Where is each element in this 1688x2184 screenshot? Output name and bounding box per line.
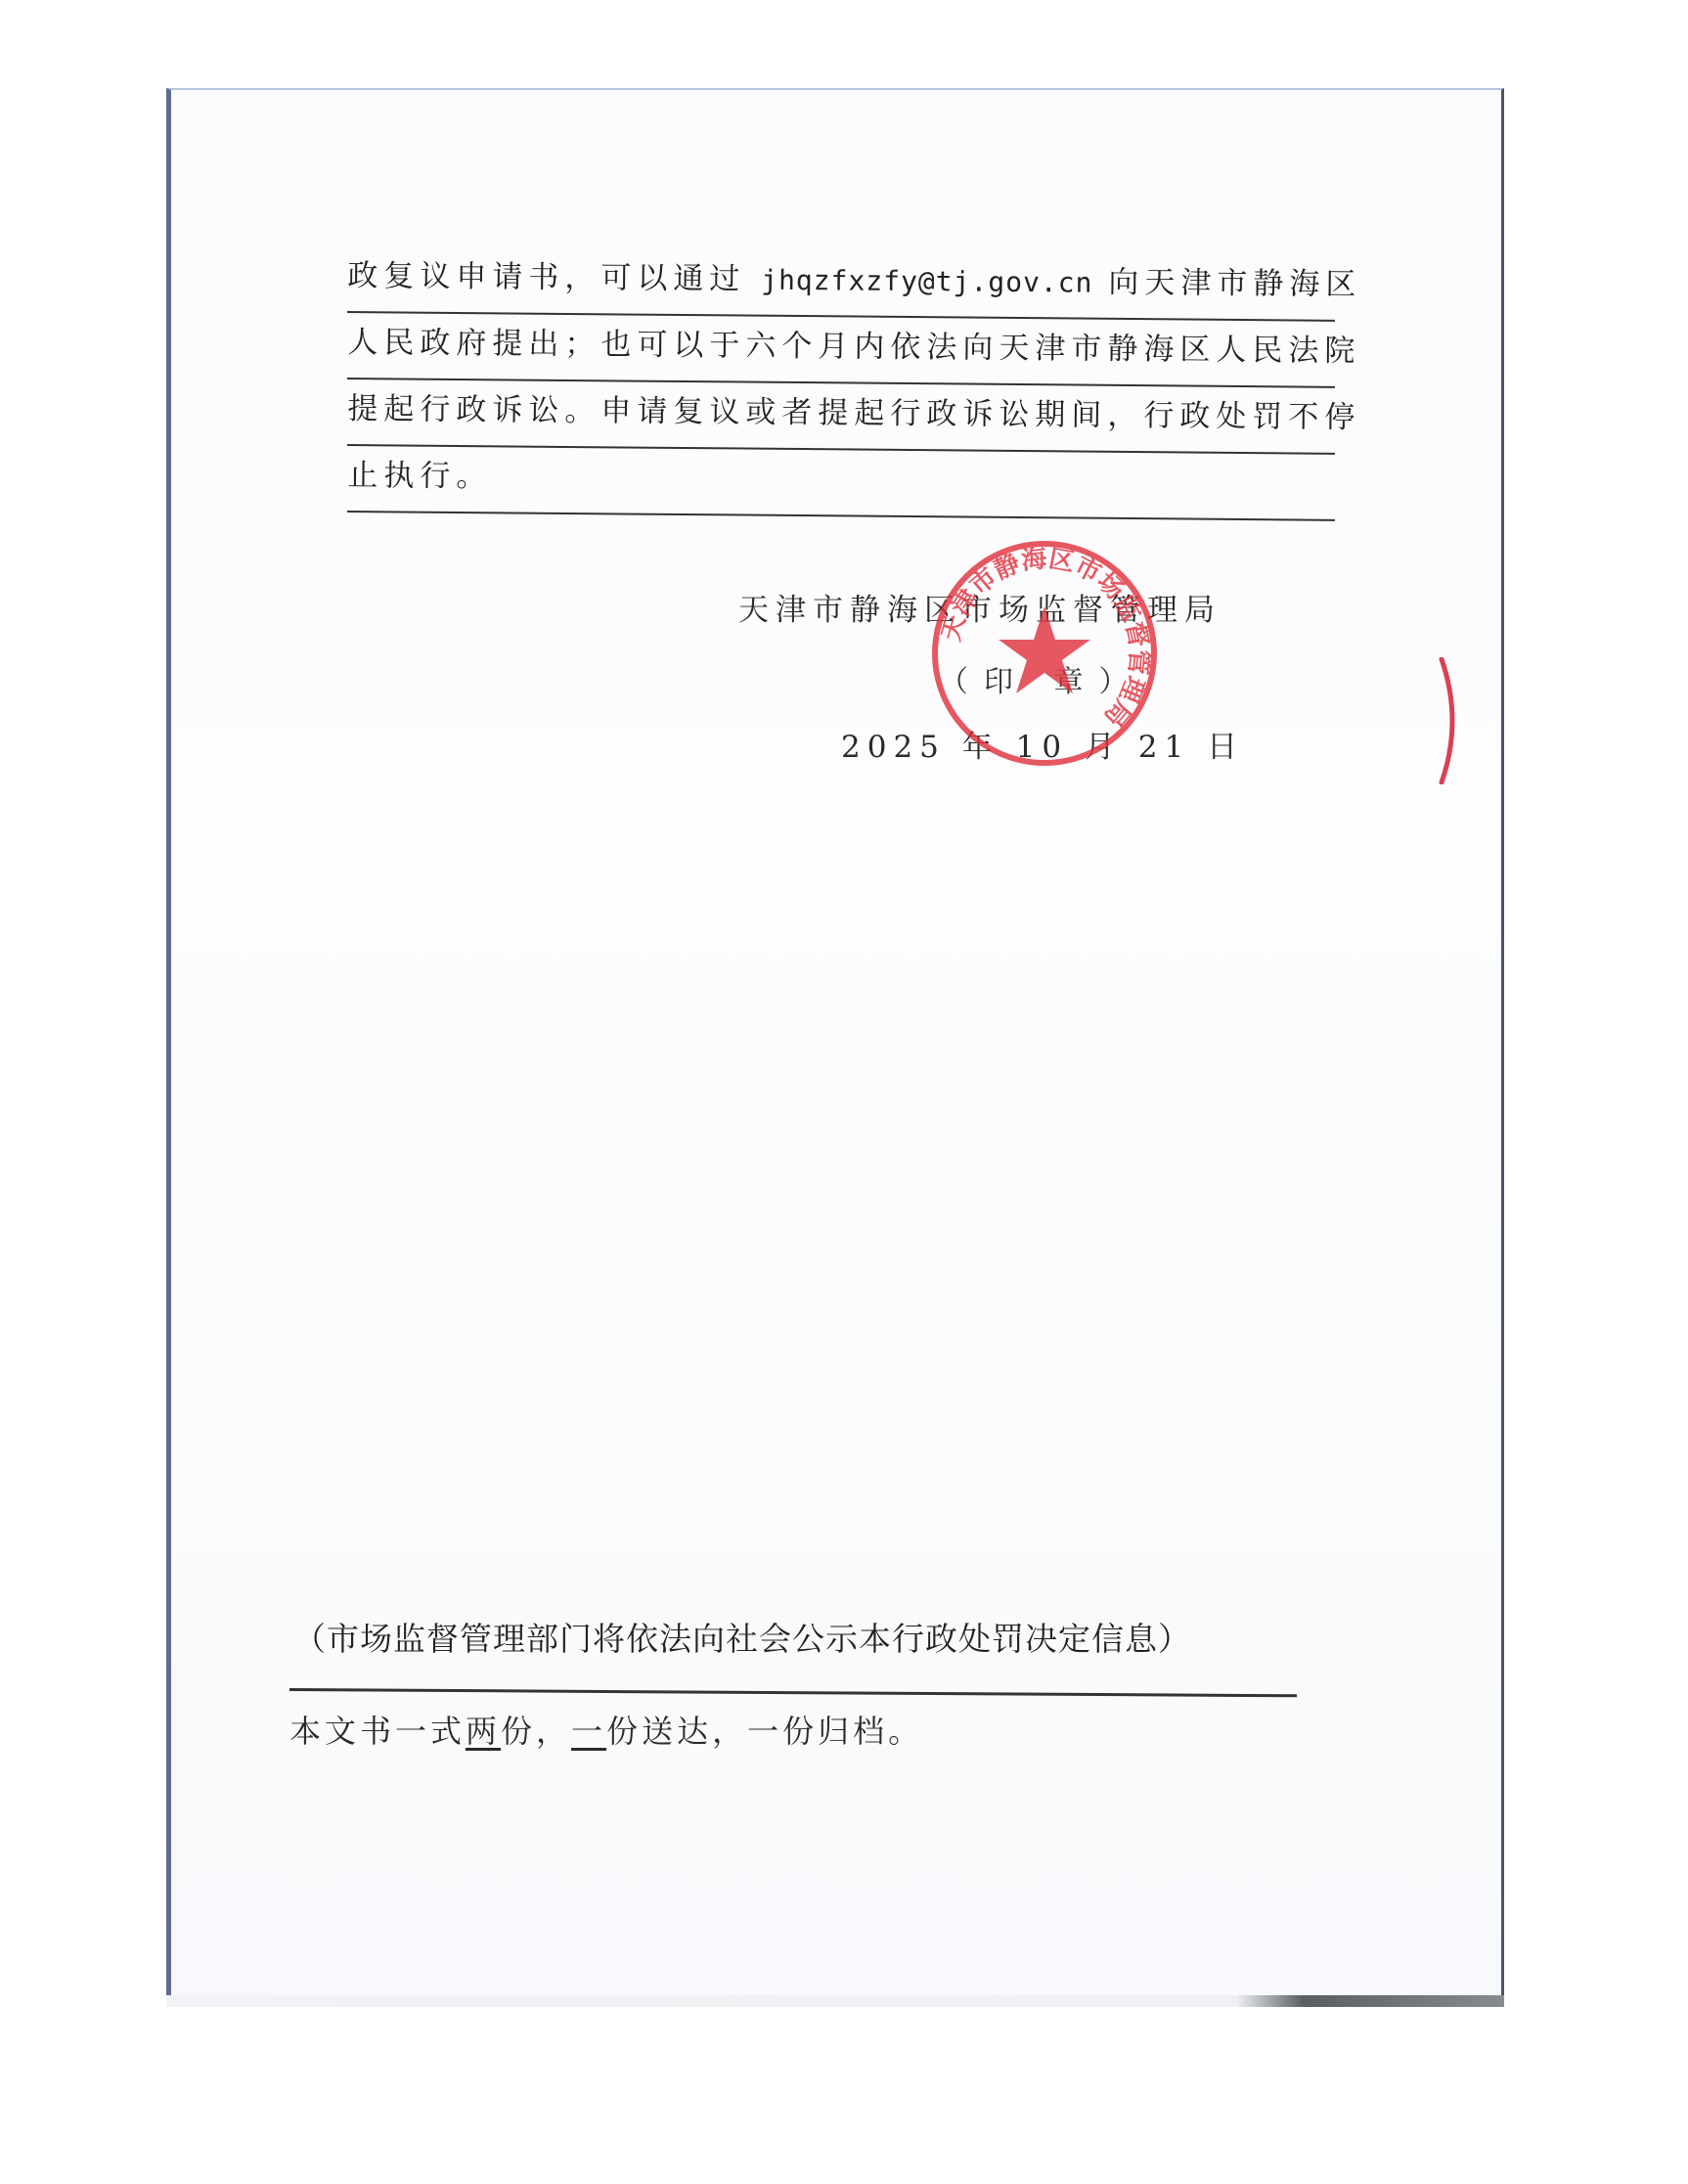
paragraph-line-4: 止执行。 bbox=[347, 446, 1336, 521]
appeal-paragraph: 政复议申请书，可以通过 jhqzfxzfy@tj.gov.cn 向天津市静海区 … bbox=[347, 246, 1335, 513]
paragraph-line-3: 提起行政诉讼。申请复议或者提起行政诉讼期间，行政处罚不停 bbox=[347, 379, 1336, 455]
issuer-name: 天津市静海区市场监督管理局 bbox=[738, 585, 1222, 629]
paragraph-line-2: 人民政府提出；也可以于六个月内依法向天津市静海区人民法院 bbox=[347, 313, 1336, 388]
seal-label: （印 章） bbox=[939, 657, 1144, 700]
public-disclosure-notice: （市场监督管理部门将依法向社会公示本行政处罚决定信息） bbox=[293, 1614, 1191, 1660]
issue-date: 2025 年 10 月 21 日 bbox=[841, 722, 1244, 766]
copies-note: 本文书一式两份，一份送达，一份归档。 bbox=[289, 1707, 923, 1752]
email-link[interactable]: jhqzfxzfy@tj.gov.cn bbox=[761, 264, 1093, 299]
paragraph-line-1: 政复议申请书，可以通过 jhqzfxzfy@tj.gov.cn 向天津市静海区 bbox=[347, 246, 1336, 322]
